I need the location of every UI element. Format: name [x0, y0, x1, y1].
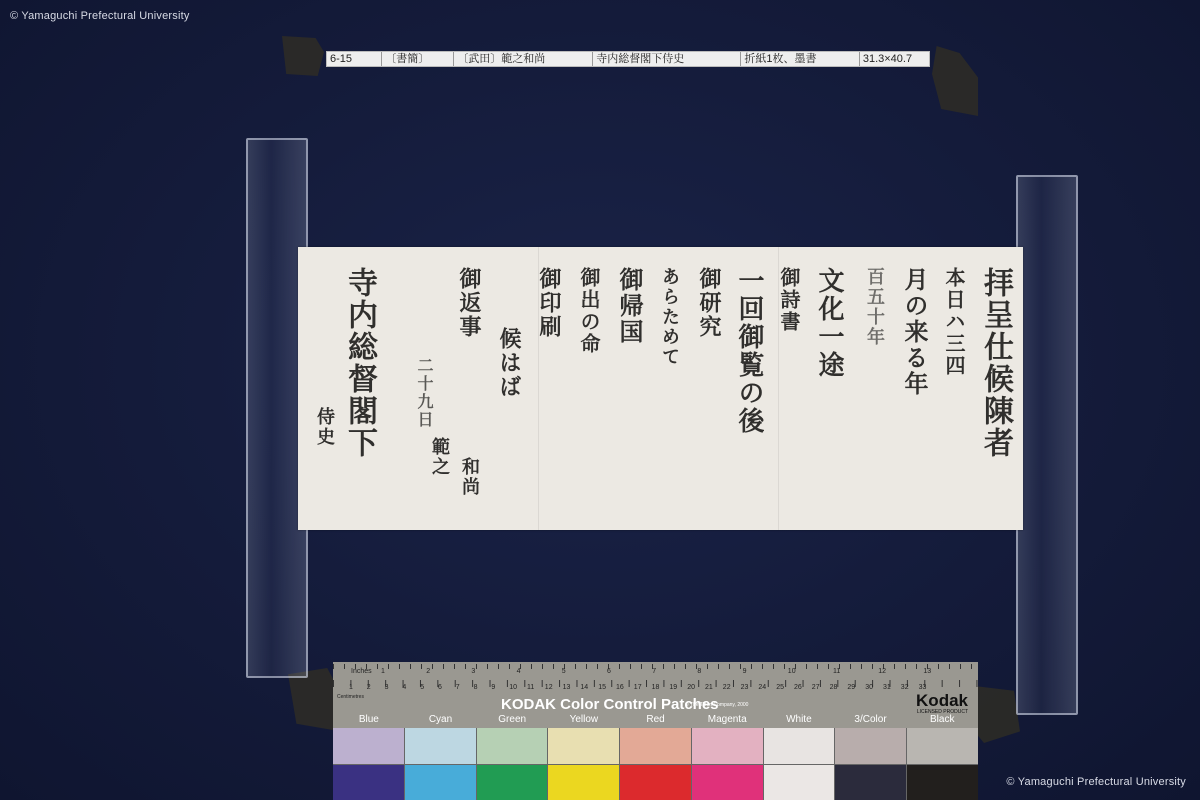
catalog-format: 折紙1枚、墨書	[741, 52, 859, 66]
letter-column: 二十九日	[410, 357, 438, 429]
color-patch-3-color-light	[835, 728, 906, 764]
kodak-color-chart: Inches 12345678910111213 123456789101112…	[333, 662, 978, 800]
color-patch-black-light	[907, 728, 978, 764]
letter-column: 御印刷	[535, 267, 563, 339]
color-patch-red-light	[620, 728, 691, 764]
ruler-cm-label: Centimetres	[337, 694, 364, 700]
patch-label: Cyan	[405, 714, 477, 725]
color-patch-magenta-dark	[692, 765, 763, 800]
color-patch-red-dark	[620, 765, 691, 800]
patch-label: White	[763, 714, 835, 725]
letter-column: 御研究	[695, 267, 723, 339]
color-patch-cyan-dark	[405, 765, 476, 800]
color-patch-white-dark	[764, 765, 835, 800]
letter-column: 文化一途	[815, 267, 843, 379]
patch-label: Green	[476, 714, 548, 725]
color-patch-cyan-light	[405, 728, 476, 764]
color-patch-green-light	[477, 728, 548, 764]
color-patch-yellow-dark	[548, 765, 619, 800]
color-patch-green-dark	[477, 765, 548, 800]
color-patch-blue-light	[333, 728, 404, 764]
letter-column: 侍史	[310, 407, 338, 447]
patch-label: Blue	[333, 714, 405, 725]
catalog-dimensions: 31.3×40.7	[860, 52, 929, 66]
letter-column: 一回御覧の後	[735, 267, 763, 435]
chart-copyright: © The Tiffen Company, 2000	[685, 702, 748, 708]
color-patches	[333, 728, 978, 800]
letter-column: 寺内総督閣下	[345, 267, 373, 459]
color-patch-blue-dark	[333, 765, 404, 800]
letter-column: 拝呈仕候陳者	[981, 267, 1009, 459]
letter-column: 和尚	[455, 457, 483, 497]
catalog-type: 〔書簡〕	[382, 52, 454, 66]
color-patch-black-dark	[907, 765, 978, 800]
patch-label: Yellow	[548, 714, 620, 725]
letter-column: 本日ハ三四	[940, 267, 968, 377]
tape-top-right	[932, 46, 978, 116]
letter-column: 百五十年	[860, 267, 888, 347]
letter-column: 月の来る年	[900, 267, 928, 397]
catalog-number: 6-15	[327, 52, 382, 66]
color-patch-yellow-light	[548, 728, 619, 764]
ruler-centimetres: 1234567891011121314151617181920212223242…	[333, 680, 978, 694]
color-patch-3-color-dark	[835, 765, 906, 800]
letter-column: あらためて	[655, 267, 683, 367]
catalog-recipient: 寺内総督閣下侍史	[593, 52, 741, 66]
copyright-credit-bottom: © Yamaguchi Prefectural University	[1006, 776, 1186, 788]
patch-label: Magenta	[691, 714, 763, 725]
tape-top-left	[282, 36, 324, 76]
ruler-inches: Inches 12345678910111213	[333, 664, 978, 678]
catalog-author: 〔武田〕範之和尚	[454, 52, 593, 66]
acrylic-bar-right	[1016, 175, 1078, 715]
letter-column: 候はば	[495, 327, 523, 399]
patch-labels: Blue Cyan Green Yellow Red Magenta White…	[333, 714, 978, 725]
letter-column: 範之	[425, 437, 453, 477]
copyright-credit-top: © Yamaguchi Prefectural University	[10, 10, 190, 22]
color-patch-magenta-light	[692, 728, 763, 764]
color-patch-white-light	[764, 728, 835, 764]
letter-column: 御出の命	[575, 267, 603, 355]
kodak-logo: Kodak LICENSED PRODUCT	[916, 694, 968, 716]
patch-label: Red	[620, 714, 692, 725]
letter-column: 御詩書	[775, 267, 803, 333]
patch-label: 3/Color	[835, 714, 907, 725]
calligraphy-letter: 拝呈仕候陳者 本日ハ三四 月の来る年 百五十年 文化一途 御詩書 一回御覧の後 …	[298, 247, 1023, 530]
letter-column: 御帰国	[615, 267, 643, 345]
patch-label: Black	[906, 714, 978, 725]
letter-column: 御返事	[455, 267, 483, 339]
catalog-label: 6-15 〔書簡〕 〔武田〕範之和尚 寺内総督閣下侍史 折紙1枚、墨書 31.3…	[326, 51, 930, 67]
